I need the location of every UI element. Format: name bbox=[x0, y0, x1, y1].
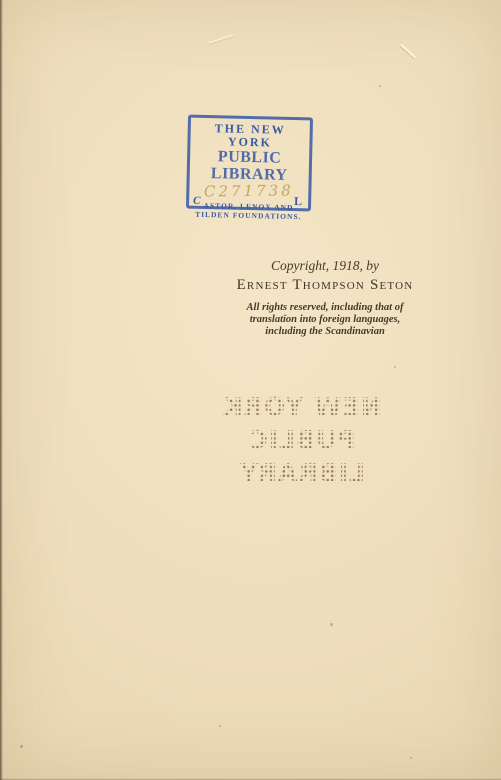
paper-speck bbox=[20, 745, 23, 748]
copyright-block: Copyright, 1918, by Ernest Thompson Seto… bbox=[225, 257, 425, 338]
rights-line-1: All rights reserved, including that of bbox=[225, 302, 425, 314]
paper-speck bbox=[410, 757, 412, 759]
rights-notice: All rights reserved, including that of t… bbox=[225, 302, 425, 338]
paper-crease bbox=[400, 44, 416, 59]
scan-edge-left bbox=[0, 0, 3, 780]
rights-line-3: including the Scandinavian bbox=[225, 326, 425, 338]
paper-speck bbox=[330, 623, 333, 626]
stamp-text-tilden-foundations: TILDEN FOUNDATIONS. bbox=[189, 210, 308, 222]
handwritten-accession-number: C271738 bbox=[189, 182, 308, 200]
scanned-book-page: THE NEW YORK PUBLIC LIBRARY C271738 ASTO… bbox=[0, 0, 501, 780]
paper-speck bbox=[219, 725, 221, 727]
paper-crease bbox=[208, 34, 233, 44]
library-ink-stamp: THE NEW YORK PUBLIC LIBRARY C271738 ASTO… bbox=[186, 115, 313, 212]
perforation-stamp-mirrored: NEW YORK PUBLIC LIBRARY bbox=[217, 390, 387, 489]
perforation-line-library: LIBRARY bbox=[217, 456, 387, 489]
stamp-text-the-new-york: THE NEW YORK bbox=[190, 122, 310, 151]
stamp-text-public-library: PUBLIC LIBRARY bbox=[190, 148, 310, 185]
copyright-line: Copyright, 1918, by bbox=[225, 257, 425, 274]
perforation-line-public: PUBLIC bbox=[217, 423, 387, 456]
stamp-corner-letter-l: L bbox=[294, 194, 302, 209]
rights-line-2: translation into foreign languages, bbox=[225, 314, 425, 326]
author-name: Ernest Thompson Seton bbox=[225, 276, 425, 295]
paper-speck bbox=[379, 85, 381, 87]
stamp-corner-letter-c: C bbox=[193, 195, 201, 207]
paper-speck bbox=[394, 366, 396, 368]
perforation-line-new-york: NEW YORK bbox=[217, 390, 387, 423]
